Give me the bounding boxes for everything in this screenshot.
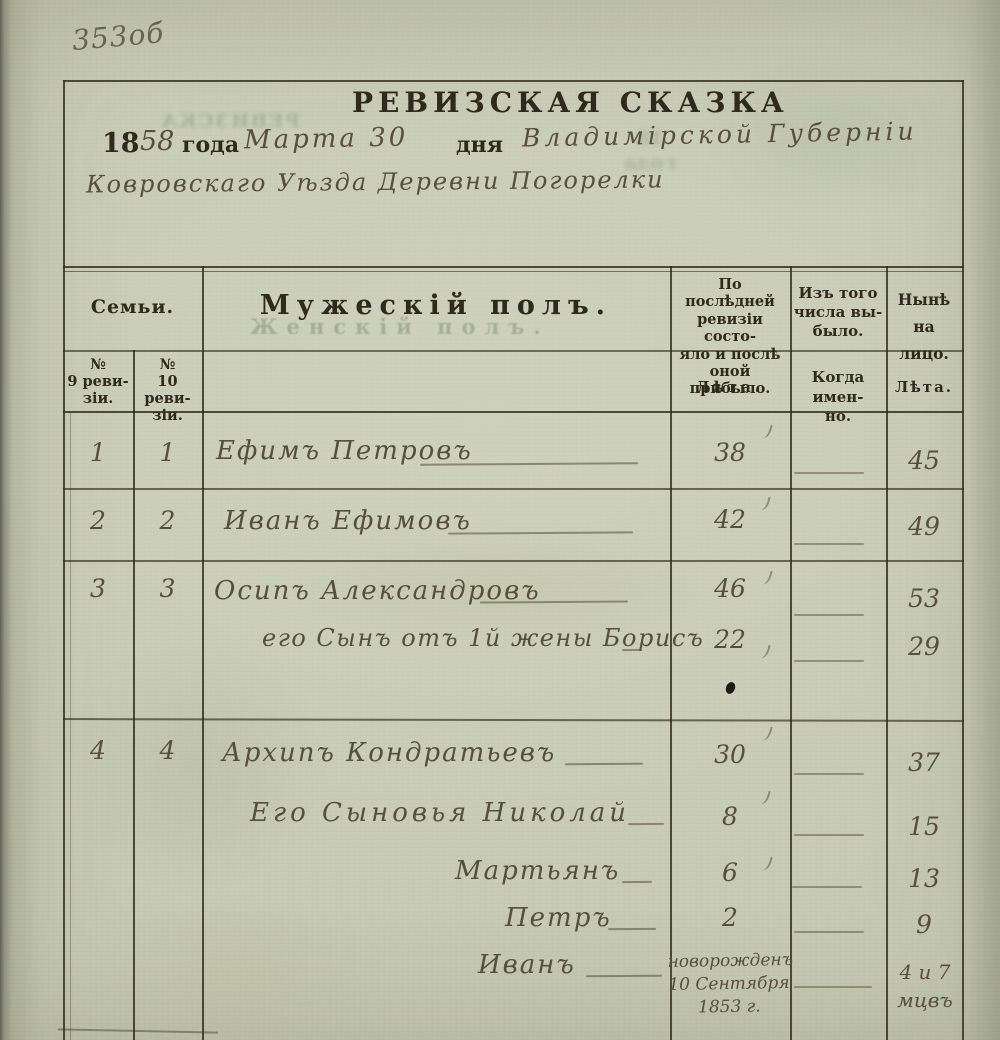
flourish-dash <box>628 823 664 825</box>
departed-dash <box>794 614 864 616</box>
province-handwritten: Владимірской Губерніи <box>522 117 918 153</box>
cell-age-now: 9 <box>886 910 962 939</box>
cell-person-name: Иванъ <box>478 950 576 980</box>
cell-rev10-number: 4 <box>133 736 202 765</box>
row-separator-2 <box>63 560 964 562</box>
cell-rev9-number: 1 <box>63 438 133 467</box>
flourish-dash <box>565 763 643 766</box>
row-separator-1 <box>63 488 964 490</box>
cell-person-name: Архипъ Кондратьевъ <box>222 738 556 768</box>
bottom-partial-rule <box>58 1028 218 1033</box>
departed-dash <box>794 773 864 775</box>
departed-dash <box>794 834 864 836</box>
subheader-years-now: Лѣта. <box>886 378 962 396</box>
cell-age-last: 22 <box>670 625 790 654</box>
cell-rev10-number: 3 <box>133 574 202 603</box>
year-handwritten: 58 <box>140 126 174 157</box>
grid-col-family-male <box>202 266 204 1040</box>
flourish-dash <box>608 928 656 930</box>
cell-age-now: 49 <box>886 512 962 541</box>
cell-age-now: 15 <box>886 812 962 841</box>
cell-age-last: 2 <box>670 903 790 932</box>
cell-newborn-note: новорожденъ 10 Сентября 1853 г. <box>667 949 790 1020</box>
flourish-dash <box>586 975 662 978</box>
cell-person-name: Мартьянъ <box>455 856 620 886</box>
column-header-male: Мужескій полъ. <box>202 290 670 321</box>
subheader-revision-9: № 9 реви- зіи. <box>63 356 133 407</box>
cell-age-now: 37 <box>886 748 962 777</box>
cell-age-last: 30 <box>670 740 790 769</box>
cell-person-name: Его Сыновья Николай <box>250 798 630 828</box>
cell-rev10-number: 2 <box>133 506 202 535</box>
cell-age-last: 42 <box>670 505 790 534</box>
subheader-rule <box>63 350 964 352</box>
flourish-dash <box>622 881 652 883</box>
departed-dash <box>794 543 864 545</box>
cell-person-name: Петръ <box>505 903 612 933</box>
folio-number: 353об <box>71 16 166 57</box>
cell-age-now: 4 и 7 мцвъ <box>886 958 964 1014</box>
year-printed: 18 <box>102 128 140 159</box>
departed-dash <box>794 986 872 988</box>
cell-age-now: 29 <box>886 632 962 661</box>
departed-dash <box>794 660 864 662</box>
departed-dash <box>794 931 864 933</box>
cell-age-last: 38 <box>670 438 790 467</box>
cell-person-name: его Сынъ отъ 1й жены Борисъ <box>262 624 704 652</box>
flourish-dash <box>420 462 638 466</box>
flourish-dash <box>448 531 633 534</box>
cell-rev10-number: 1 <box>133 438 202 467</box>
header-rule-1 <box>63 266 964 268</box>
page-right-margin <box>963 0 1000 1040</box>
subheader-when-exactly: Когда имен- но. <box>790 368 886 427</box>
cell-person-name: Ефимъ Петровъ <box>216 436 473 466</box>
column-header-family: Семьи. <box>63 296 202 318</box>
cell-rev9-number: 4 <box>63 736 133 765</box>
ink-blot <box>724 681 737 695</box>
flourish-dash <box>622 649 642 651</box>
departed-dash <box>792 886 862 888</box>
header-rule-2 <box>63 271 964 272</box>
cell-age-now: 53 <box>886 584 962 613</box>
flourish-dash <box>480 600 628 603</box>
departed-dash <box>794 472 864 474</box>
cell-age-last: 8 <box>670 802 790 831</box>
cell-rev9-number: 3 <box>63 574 133 603</box>
page-left-edge <box>0 0 12 1040</box>
document-title: РЕВИЗСКАЯ СКАЗКА <box>352 86 789 119</box>
cell-person-name: Иванъ Ефимовъ <box>224 506 472 536</box>
word-dnya: дня <box>456 132 503 158</box>
cell-age-last: 6 <box>670 858 790 887</box>
table-border-top <box>63 80 964 82</box>
paper-stain <box>80 890 390 1040</box>
uezd-village-handwritten: Ковровскаго Уѣзда Деревни Погорелки <box>86 165 665 198</box>
column-header-departed: Изъ того числа вы- было. <box>791 284 885 340</box>
row-separator-3 <box>63 718 964 721</box>
word-goda: года <box>182 132 239 158</box>
column-header-present: Нынѣ на лицо. <box>887 286 961 367</box>
subheader-revision-10: № 10 реви- зіи. <box>133 356 202 424</box>
date-handwritten: Марта 30 <box>244 123 409 156</box>
revision-list-scan: РЕВИЗСКАЯ СКАЗКА 18 года Женскій полъ. 3… <box>0 0 1000 1040</box>
cell-age-now: 45 <box>886 446 962 475</box>
cell-age-now: 13 <box>886 864 962 893</box>
check-tick <box>758 643 770 660</box>
cell-age-last: 46 <box>670 574 790 603</box>
cell-rev9-number: 2 <box>63 506 133 535</box>
subheader-years-last: Лѣта. <box>670 378 790 396</box>
